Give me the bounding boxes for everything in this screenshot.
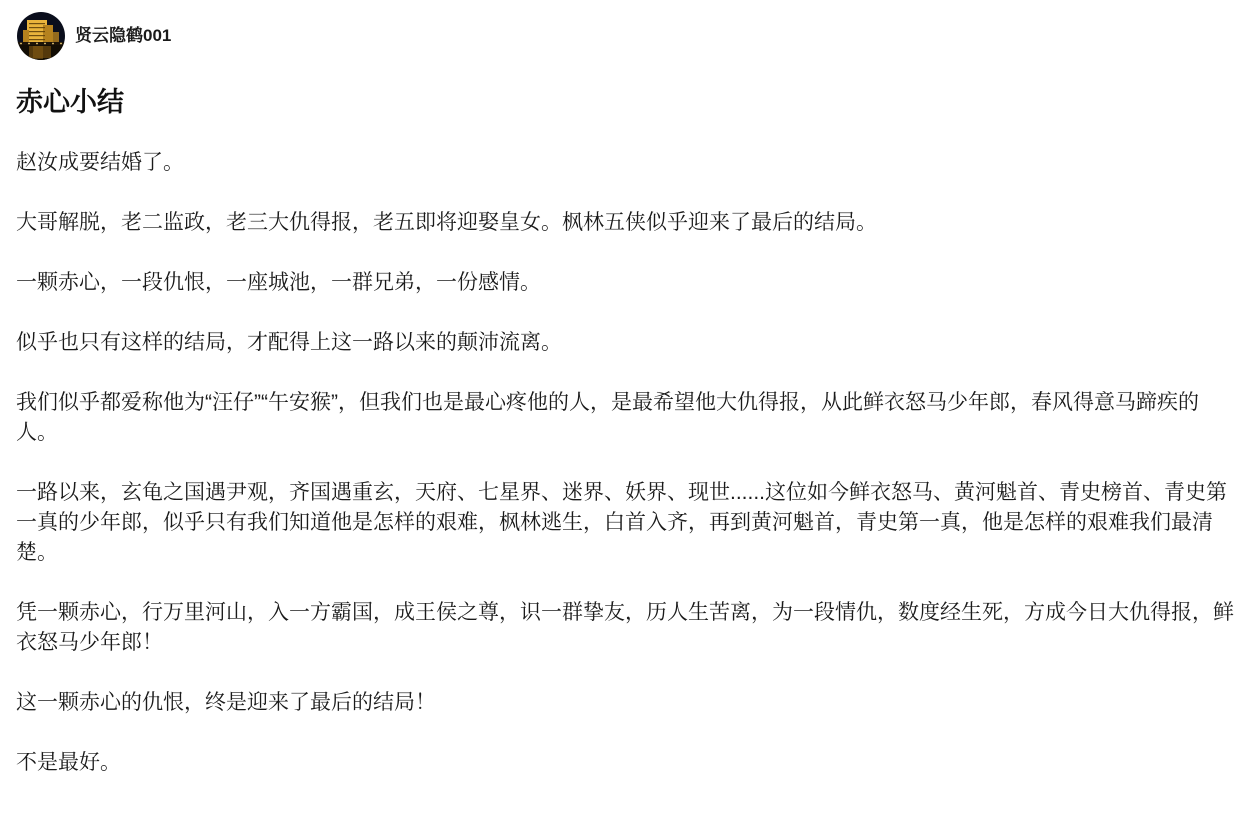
username[interactable]: 贤云隐鹤001: [75, 12, 171, 60]
author-header: 贤云隐鹤001: [0, 0, 1256, 60]
user-avatar[interactable]: [17, 12, 65, 60]
article-paragraph: 赵汝成要结婚了。: [16, 148, 1240, 178]
article-paragraph: 这一颗赤心的仇恨，终是迎来了最后的结局！: [16, 688, 1240, 718]
article-page: 贤云隐鹤001 赤心小结 赵汝成要结婚了。 大哥解脱，老二监政，老三大仇得报，老…: [0, 0, 1256, 820]
article-paragraph: 不是最好。: [16, 748, 1240, 778]
article-paragraph: 似乎也只有这样的结局，才配得上这一路以来的颠沛流离。: [16, 328, 1240, 358]
article-paragraph: 我们似乎都爱称他为“汪仔”“午安猴”，但我们也是最心疼他的人，是最希望他大仇得报…: [16, 388, 1240, 448]
avatar-image-icon: [17, 12, 65, 60]
article-paragraph: 凭一颗赤心，行万里河山，入一方霸国，成王侯之尊，识一群挚友，历人生苦离，为一段情…: [16, 598, 1240, 658]
article-title: 赤心小结: [16, 86, 1240, 118]
article-paragraph: 一路以来，玄龟之国遇尹观，齐国遇重玄，天府、七星界、迷界、妖界、现世......…: [16, 478, 1240, 568]
article: 赤心小结 赵汝成要结婚了。 大哥解脱，老二监政，老三大仇得报，老五即将迎娶皇女。…: [0, 86, 1256, 778]
article-paragraph: 大哥解脱，老二监政，老三大仇得报，老五即将迎娶皇女。枫林五侠似乎迎来了最后的结局…: [16, 208, 1240, 238]
article-body: 赵汝成要结婚了。 大哥解脱，老二监政，老三大仇得报，老五即将迎娶皇女。枫林五侠似…: [16, 148, 1240, 778]
article-paragraph: 一颗赤心，一段仇恨，一座城池，一群兄弟，一份感情。: [16, 268, 1240, 298]
